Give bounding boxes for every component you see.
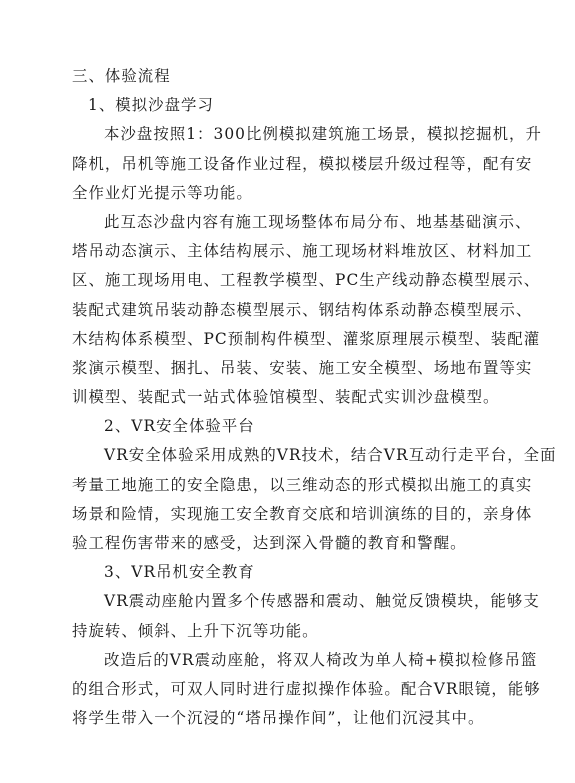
- paragraph-line: 降机，吊机等施工设备作业过程，模拟楼层升级过程等，配有安: [72, 150, 518, 179]
- section-title: 三、体验流程: [72, 62, 518, 91]
- paragraph-line: 训模型、装配式一站式体验馆模型、装配式实训沙盘模型。: [72, 383, 518, 412]
- paragraph-line: 本沙盘按照1：300比例模拟建筑施工场景，模拟挖掘机，升: [72, 120, 518, 149]
- paragraph-line: 持旋转、倾斜、上升下沉等功能。: [72, 617, 518, 646]
- subsection-heading: 3、VR吊机安全教育: [72, 558, 518, 587]
- paragraph-line: 浆演示模型、捆扎、吊装、安装、施工安全模型、场地布置等实: [72, 354, 518, 383]
- paragraph-line: 场景和险情，实现施工安全教育交底和培训演练的目的，亲身体: [72, 500, 518, 529]
- paragraph-line: 全作业灯光提示等功能。: [72, 179, 518, 208]
- subsection-heading: 1、模拟沙盘学习: [72, 91, 518, 120]
- paragraph: 改造后的VR震动座舱，将双人椅改为单人椅+模拟检修吊篮 的组合形式，可双人同时进…: [72, 646, 518, 734]
- paragraph-line: VR安全体验采用成熟的VR技术，结合VR互动行走平台，全面: [72, 441, 518, 470]
- subsection-heading: 2、VR安全体验平台: [72, 412, 518, 441]
- paragraph: 此互态沙盘内容有施工现场整体布局分布、地基基础演示、 塔吊动态演示、主体结构展示…: [72, 208, 518, 412]
- paragraph-line: 改造后的VR震动座舱，将双人椅改为单人椅+模拟检修吊篮: [72, 646, 518, 675]
- paragraph-line: 的组合形式，可双人同时进行虚拟操作体验。配合VR眼镜，能够: [72, 675, 518, 704]
- paragraph-line: 装配式建筑吊装动静态模型展示、钢结构体系动静态模型展示、: [72, 296, 518, 325]
- paragraph: 本沙盘按照1：300比例模拟建筑施工场景，模拟挖掘机，升 降机，吊机等施工设备作…: [72, 120, 518, 208]
- paragraph-line: 考量工地施工的安全隐患，以三维动态的形式模拟出施工的真实: [72, 471, 518, 500]
- paragraph-line: 将学生带入一个沉浸的“塔吊操作间”，让他们沉浸其中。: [72, 704, 518, 733]
- paragraph: VR安全体验采用成熟的VR技术，结合VR互动行走平台，全面 考量工地施工的安全隐…: [72, 441, 518, 558]
- paragraph-line: VR震动座舱内置多个传感器和震动、触觉反馈模块，能够支: [72, 587, 518, 616]
- paragraph: VR震动座舱内置多个传感器和震动、触觉反馈模块，能够支 持旋转、倾斜、上升下沉等…: [72, 587, 518, 645]
- paragraph-line: 区、施工现场用电、工程教学模型、PC生产线动静态模型展示、: [72, 266, 518, 295]
- paragraph-line: 塔吊动态演示、主体结构展示、施工现场材料堆放区、材料加工: [72, 237, 518, 266]
- paragraph-line: 验工程伤害带来的感受，达到深入骨髓的教育和警醒。: [72, 529, 518, 558]
- document-page: 三、体验流程 1、模拟沙盘学习 本沙盘按照1：300比例模拟建筑施工场景，模拟挖…: [72, 62, 518, 733]
- paragraph-line: 木结构体系模型、PC预制构件模型、灌浆原理展示模型、装配灌: [72, 325, 518, 354]
- paragraph-line: 此互态沙盘内容有施工现场整体布局分布、地基基础演示、: [72, 208, 518, 237]
